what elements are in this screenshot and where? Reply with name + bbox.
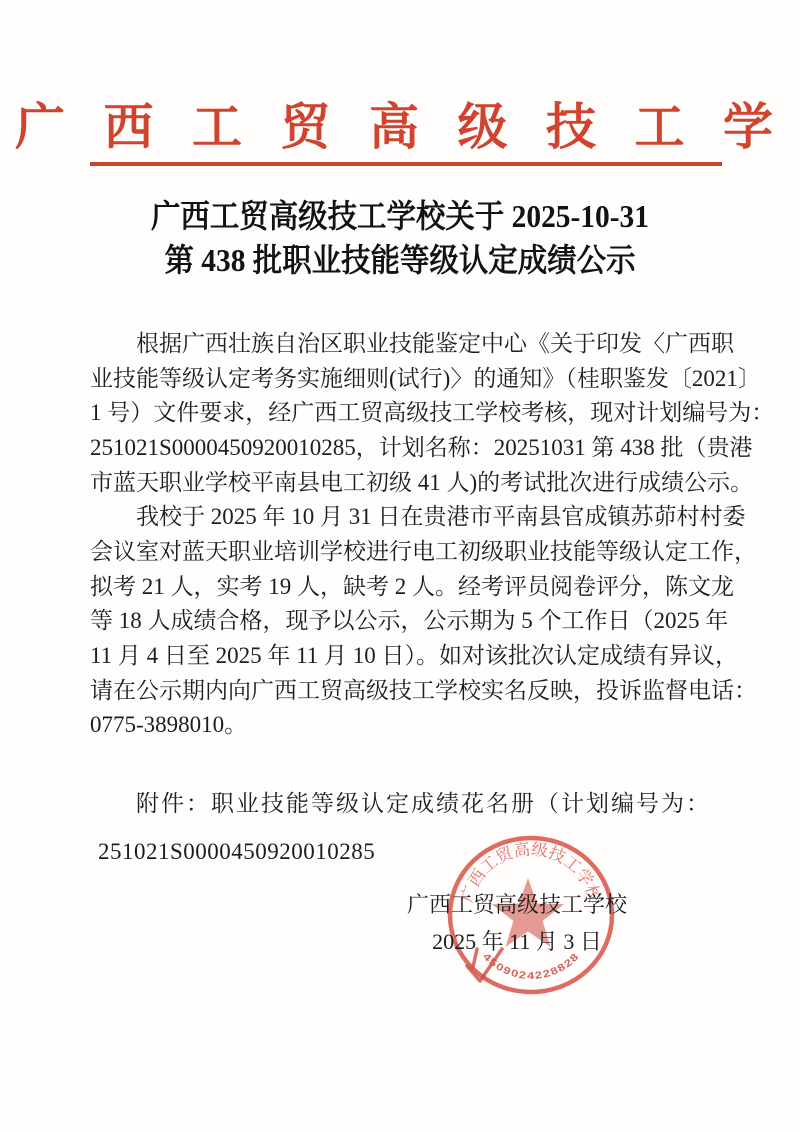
body-line: 市蓝天职业学校平南县电工初级 41 人)的考试批次进行成绩公示。 <box>90 466 718 501</box>
body-line: 业技能等级认定考务实施细则(试行)〉的通知》（桂职鉴发〔2021〕 <box>90 362 718 397</box>
body-line: 根据广西壮族自治区职业技能鉴定中心《关于印发〈广西职 <box>90 327 718 362</box>
body-line: 0775-3898010。 <box>90 708 718 743</box>
body-line: 1 号）文件要求，经广西工贸高级技工学校考核，现对计划编号为： <box>90 396 718 431</box>
body-line: 251021S0000450920010285，计划名称：20251031 第 … <box>90 431 718 466</box>
body-line: 拟考 21 人，实考 19 人，缺考 2 人。经考评员阅卷评分，陈文龙 <box>90 570 718 605</box>
body-line: 等 18 人成绩合格，现予以公示，公示期为 5 个工作日（2025 年 <box>90 604 718 639</box>
masthead-school-name: 广 西 工 贸 高 级 技 工 学 校 <box>0 101 800 153</box>
document-body: 根据广西壮族自治区职业技能鉴定中心《关于印发〈广西职 业技能等级认定考务实施细则… <box>90 327 718 743</box>
attachment-section: 附件：职业技能等级认定成绩花名册（计划编号为： 251021S000045092… <box>90 780 730 876</box>
document-title-line1: 广西工贸高级技工学校关于 2025-10-31 <box>32 194 768 238</box>
body-line: 请在公示期内向广西工贸高级技工学校实名反映，投诉监督电话： <box>90 674 718 709</box>
body-line: 我校于 2025 年 10 月 31 日在贵港市平南县官成镇苏茆村村委 <box>90 500 718 535</box>
document-page: 广 西 工 贸 高 级 技 工 学 校 广西工贸高级技工学校关于 2025-10… <box>0 0 800 1132</box>
signature-date: 2025 年 11 月 3 日 <box>407 923 627 960</box>
signature-block: 广西工贸高级技工学校 2025 年 11 月 3 日 <box>407 886 627 960</box>
masthead-divider-line <box>90 162 722 166</box>
attachment-plan-number: 251021S0000450920010285 <box>90 828 730 876</box>
body-line: 11 月 4 日至 2025 年 11 月 10 日）。如对该批次认定成绩有异议… <box>90 639 718 674</box>
body-line: 会议室对蓝天职业培训学校进行电工初级职业技能等级认定工作， <box>90 535 718 570</box>
document-title-line2: 第 438 批职业技能等级认定成绩公示 <box>32 238 768 282</box>
attachment-label: 附件：职业技能等级认定成绩花名册（计划编号为： <box>90 780 730 828</box>
signature-org-name: 广西工贸高级技工学校 <box>407 886 627 923</box>
document-title: 广西工贸高级技工学校关于 2025-10-31 第 438 批职业技能等级认定成… <box>32 194 768 282</box>
